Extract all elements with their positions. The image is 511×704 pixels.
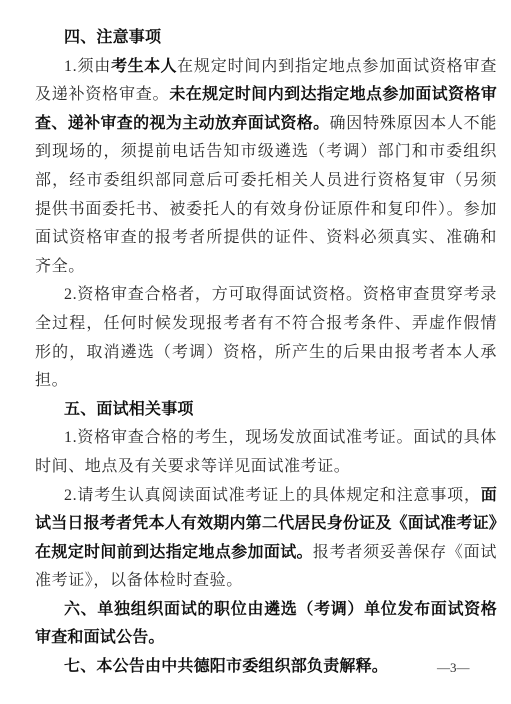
paragraph: 1.资格审查合格的考生，现场发放面试准考证。面试的具体时间、地点及有关要求等详见… <box>35 424 497 481</box>
document-body: 四、注意事项1.须由考生本人在规定时间内到指定地点参加面试资格审查及递补资格审查… <box>35 24 497 682</box>
text-run: 六、单独组织面试的职位由遴选（考调）单位发布面试资格审查和面试公告。 <box>35 601 497 647</box>
document-page: 四、注意事项1.须由考生本人在规定时间内到指定地点参加面试资格审查及递补资格审查… <box>0 0 511 704</box>
text-run: 确因特殊原因本人不能到现场的，须提前电话告知市级遴选（考调）部门和市委组织部，经… <box>35 115 497 275</box>
paragraph: 七、本公告由中共德阳市委组织部负责解释。 <box>35 653 497 682</box>
text-run: 2.资格审查合格者，方可取得面试资格。资格审查贯穿考录全过程，任何时候发现报考者… <box>35 286 497 389</box>
paragraph: 2.资格审查合格者，方可取得面试资格。资格审查贯穿考录全过程，任何时候发现报考者… <box>35 281 497 395</box>
text-run: 五、面试相关事项 <box>64 401 194 418</box>
section-heading: 五、面试相关事项 <box>35 396 497 425</box>
text-run: 考生本人 <box>111 58 177 75</box>
paragraph: 六、单独组织面试的职位由遴选（考调）单位发布面试资格审查和面试公告。 <box>35 596 497 653</box>
section-heading: 四、注意事项 <box>35 24 497 53</box>
page-number: —3— <box>437 660 470 676</box>
text-run: 1.资格审查合格的考生，现场发放面试准考证。面试的具体时间、地点及有关要求等详见… <box>35 429 497 475</box>
text-run: 2.请考生认真阅读面试准考证上的具体规定和注意事项， <box>64 487 481 504</box>
paragraph: 2.请考生认真阅读面试准考证上的具体规定和注意事项，面试当日报考者凭本人有效期内… <box>35 482 497 596</box>
text-run: 七、本公告由中共德阳市委组织部负责解释。 <box>64 658 388 675</box>
text-run: 四、注意事项 <box>64 29 161 46</box>
paragraph: 1.须由考生本人在规定时间内到指定地点参加面试资格审查及递补资格审查。未在规定时… <box>35 53 497 282</box>
text-run: 1.须由 <box>64 58 111 75</box>
